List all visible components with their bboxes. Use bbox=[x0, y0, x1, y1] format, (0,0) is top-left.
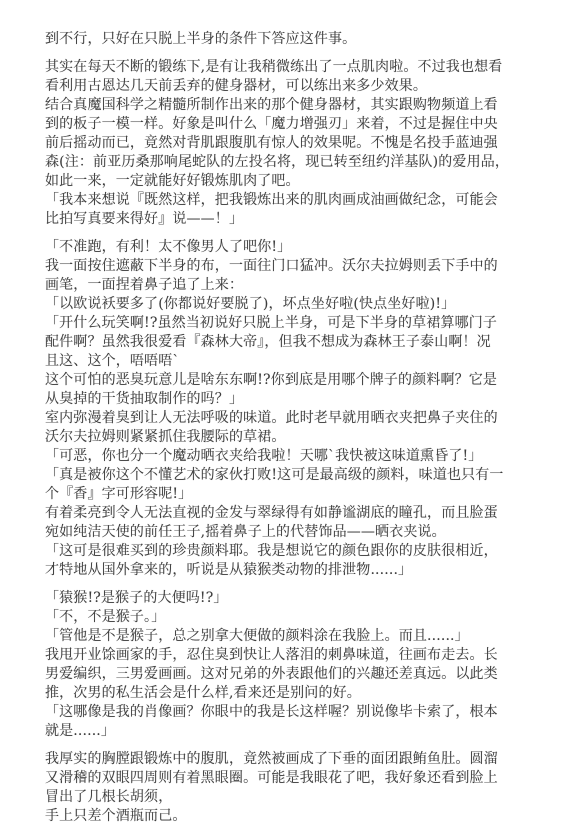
text-line: 就是......」 bbox=[45, 722, 543, 741]
text-line: 「这可是很难买到的珍贵颜料耶。我是想说它的颜色跟你的皮肤很相近， bbox=[45, 542, 543, 561]
text-line: 「不，不是猴子。」 bbox=[45, 608, 543, 627]
text-content: 到不行，只好在只脱上半身的条件下答应这件事。其实在每天不断的锻练下,是有让我稍微… bbox=[45, 30, 543, 826]
text-line: 有着柔亮到令人无法直视的金发与翠绿得有如静谧湖底的瞳孔，而且脸蛋 bbox=[45, 504, 543, 523]
text-line: 画笔，一面捏着鼻子追了上来： bbox=[45, 276, 543, 295]
text-line: 「我本来想说『既然这样，把我锻炼出来的肌肉画成油画做纪念，可能会 bbox=[45, 191, 543, 210]
document-page: 到不行，只好在只脱上半身的条件下答应这件事。其实在每天不断的锻练下,是有让我稍微… bbox=[0, 0, 583, 828]
text-line: 如此一来，一定就能好好锻炼肌肉了吧。 bbox=[45, 172, 543, 191]
text-line: 个『香』字可形容呢!」 bbox=[45, 485, 543, 504]
text-line: 我一面按住遮蔽下半身的布，一面往门口猛冲。沃尔夫拉姆则丢下手中的 bbox=[45, 257, 543, 276]
text-line: 宛如纯洁天使的前任王子,摇着鼻子上的代替饰品——晒衣夹说。 bbox=[45, 523, 543, 542]
text-line: 又滑稽的双眼四周则有着黑眼圈。可能是我眼花了吧，我好象还看到脸上 bbox=[45, 769, 543, 788]
text-line: 「可恶，你也分一个魔动晒衣夹给我啦！天哪ˋ我快被这味道熏昏了!」 bbox=[45, 447, 543, 466]
text-line: 手上只差个酒瓶而己。 bbox=[45, 807, 543, 826]
paragraph: 其实在每天不断的锻练下,是有让我稍微练出了一点肌肉啦。不过我也想看看利用古恩达几… bbox=[45, 58, 543, 229]
text-line: 才特地从国外拿来的，听说是从猿猴类动物的排泄物......」 bbox=[45, 561, 543, 580]
text-line: 室内弥漫着臭到让人无法呼吸的味道。此时老早就用晒衣夹把鼻子夹住的 bbox=[45, 409, 543, 428]
text-line: 「开什么玩笑啊!?虽然当初说好只脱上半身，可是下半身的草裙算哪门子 bbox=[45, 314, 543, 333]
text-line: 我甩开业馀画家的手，忍住臭到快让人落泪的刺鼻味道，往画布走去。长 bbox=[45, 646, 543, 665]
text-line: 比拍写真要来得好』说——！」 bbox=[45, 210, 543, 229]
text-line: 且这、这个，唔唔唔ˋ bbox=[45, 352, 543, 371]
text-line: 「不准跑，有利！太不像男人了吧你!」 bbox=[45, 238, 543, 257]
text-line: 看利用古恩达几天前丢弃的健身器材，可以练出来多少效果。 bbox=[45, 77, 543, 96]
text-line: 「这哪像是我的肖像画？你眼中的我是长这样喔？别说像毕卡索了，根本 bbox=[45, 703, 543, 722]
paragraph: 到不行，只好在只脱上半身的条件下答应这件事。 bbox=[45, 30, 543, 49]
paragraph: 「猿猴!?是猴子的大便吗!?」「不，不是猴子。」「管他是不是猴子，总之别拿大便做… bbox=[45, 589, 543, 741]
text-line: 我厚实的胸膛跟锻炼中的腹肌，竟然被画成了下垂的面团跟鲔鱼肚。圆溜 bbox=[45, 750, 543, 769]
text-line: 推，次男的私生活会是什么样,看来还是别问的好。 bbox=[45, 684, 543, 703]
text-line: 森(注：前亚历桑那响尾蛇队的左投名将，现已转至纽约洋基队)的爱用品， bbox=[45, 153, 543, 172]
text-line: 「管他是不是猴子，总之别拿大便做的颜料涂在我脸上。而且......」 bbox=[45, 627, 543, 646]
text-line: 前后摇动而已，竟然对背肌跟腹肌有惊人的效果呢。不愧是名投手蓝迪强 bbox=[45, 134, 543, 153]
text-line: 「真是被你这个不懂艺术的家伙打败!这可是最高级的颜料，味道也只有一 bbox=[45, 466, 543, 485]
text-line: 「猿猴!?是猴子的大便吗!?」 bbox=[45, 589, 543, 608]
text-line: 结合真魔国科学之精髓所制作出来的那个健身器材，其实跟购物频道上看 bbox=[45, 96, 543, 115]
paragraph: 我厚实的胸膛跟锻炼中的腹肌，竟然被画成了下垂的面团跟鲔鱼肚。圆溜又滑稽的双眼四周… bbox=[45, 750, 543, 826]
text-line: 从臭掉的干货抽取制作的吗？」 bbox=[45, 390, 543, 409]
paragraph: 「不准跑，有利！太不像男人了吧你!」我一面按住遮蔽下半身的布，一面往门口猛冲。沃… bbox=[45, 238, 543, 580]
text-line: 冒出了几根长胡须， bbox=[45, 788, 543, 807]
text-line: 「以欧说袄要多了(你都说好要脱了)，坏点坐好啦(快点坐好啦)!」 bbox=[45, 295, 543, 314]
text-line: 沃尔夫拉姆则紧紧抓住我腰际的草裙。 bbox=[45, 428, 543, 447]
text-line: 到的板子一模一样。好象是叫什么「魔力增强刃」来着，不过是握住中央 bbox=[45, 115, 543, 134]
text-line: 配件啊？虽然我很爱看『森林大帝』，但我不想成为森林王子泰山啊！况 bbox=[45, 333, 543, 352]
text-line: 男爱编织，三男爱画画。这对兄弟的外表跟他们的兴趣还差真远。以此类 bbox=[45, 665, 543, 684]
text-line: 到不行，只好在只脱上半身的条件下答应这件事。 bbox=[45, 30, 543, 49]
text-line: 这个可怕的恶臭玩意儿是啥东东啊!?你到底是用哪个牌子的颜料啊？它是 bbox=[45, 371, 543, 390]
text-line: 其实在每天不断的锻练下,是有让我稍微练出了一点肌肉啦。不过我也想看 bbox=[45, 58, 543, 77]
